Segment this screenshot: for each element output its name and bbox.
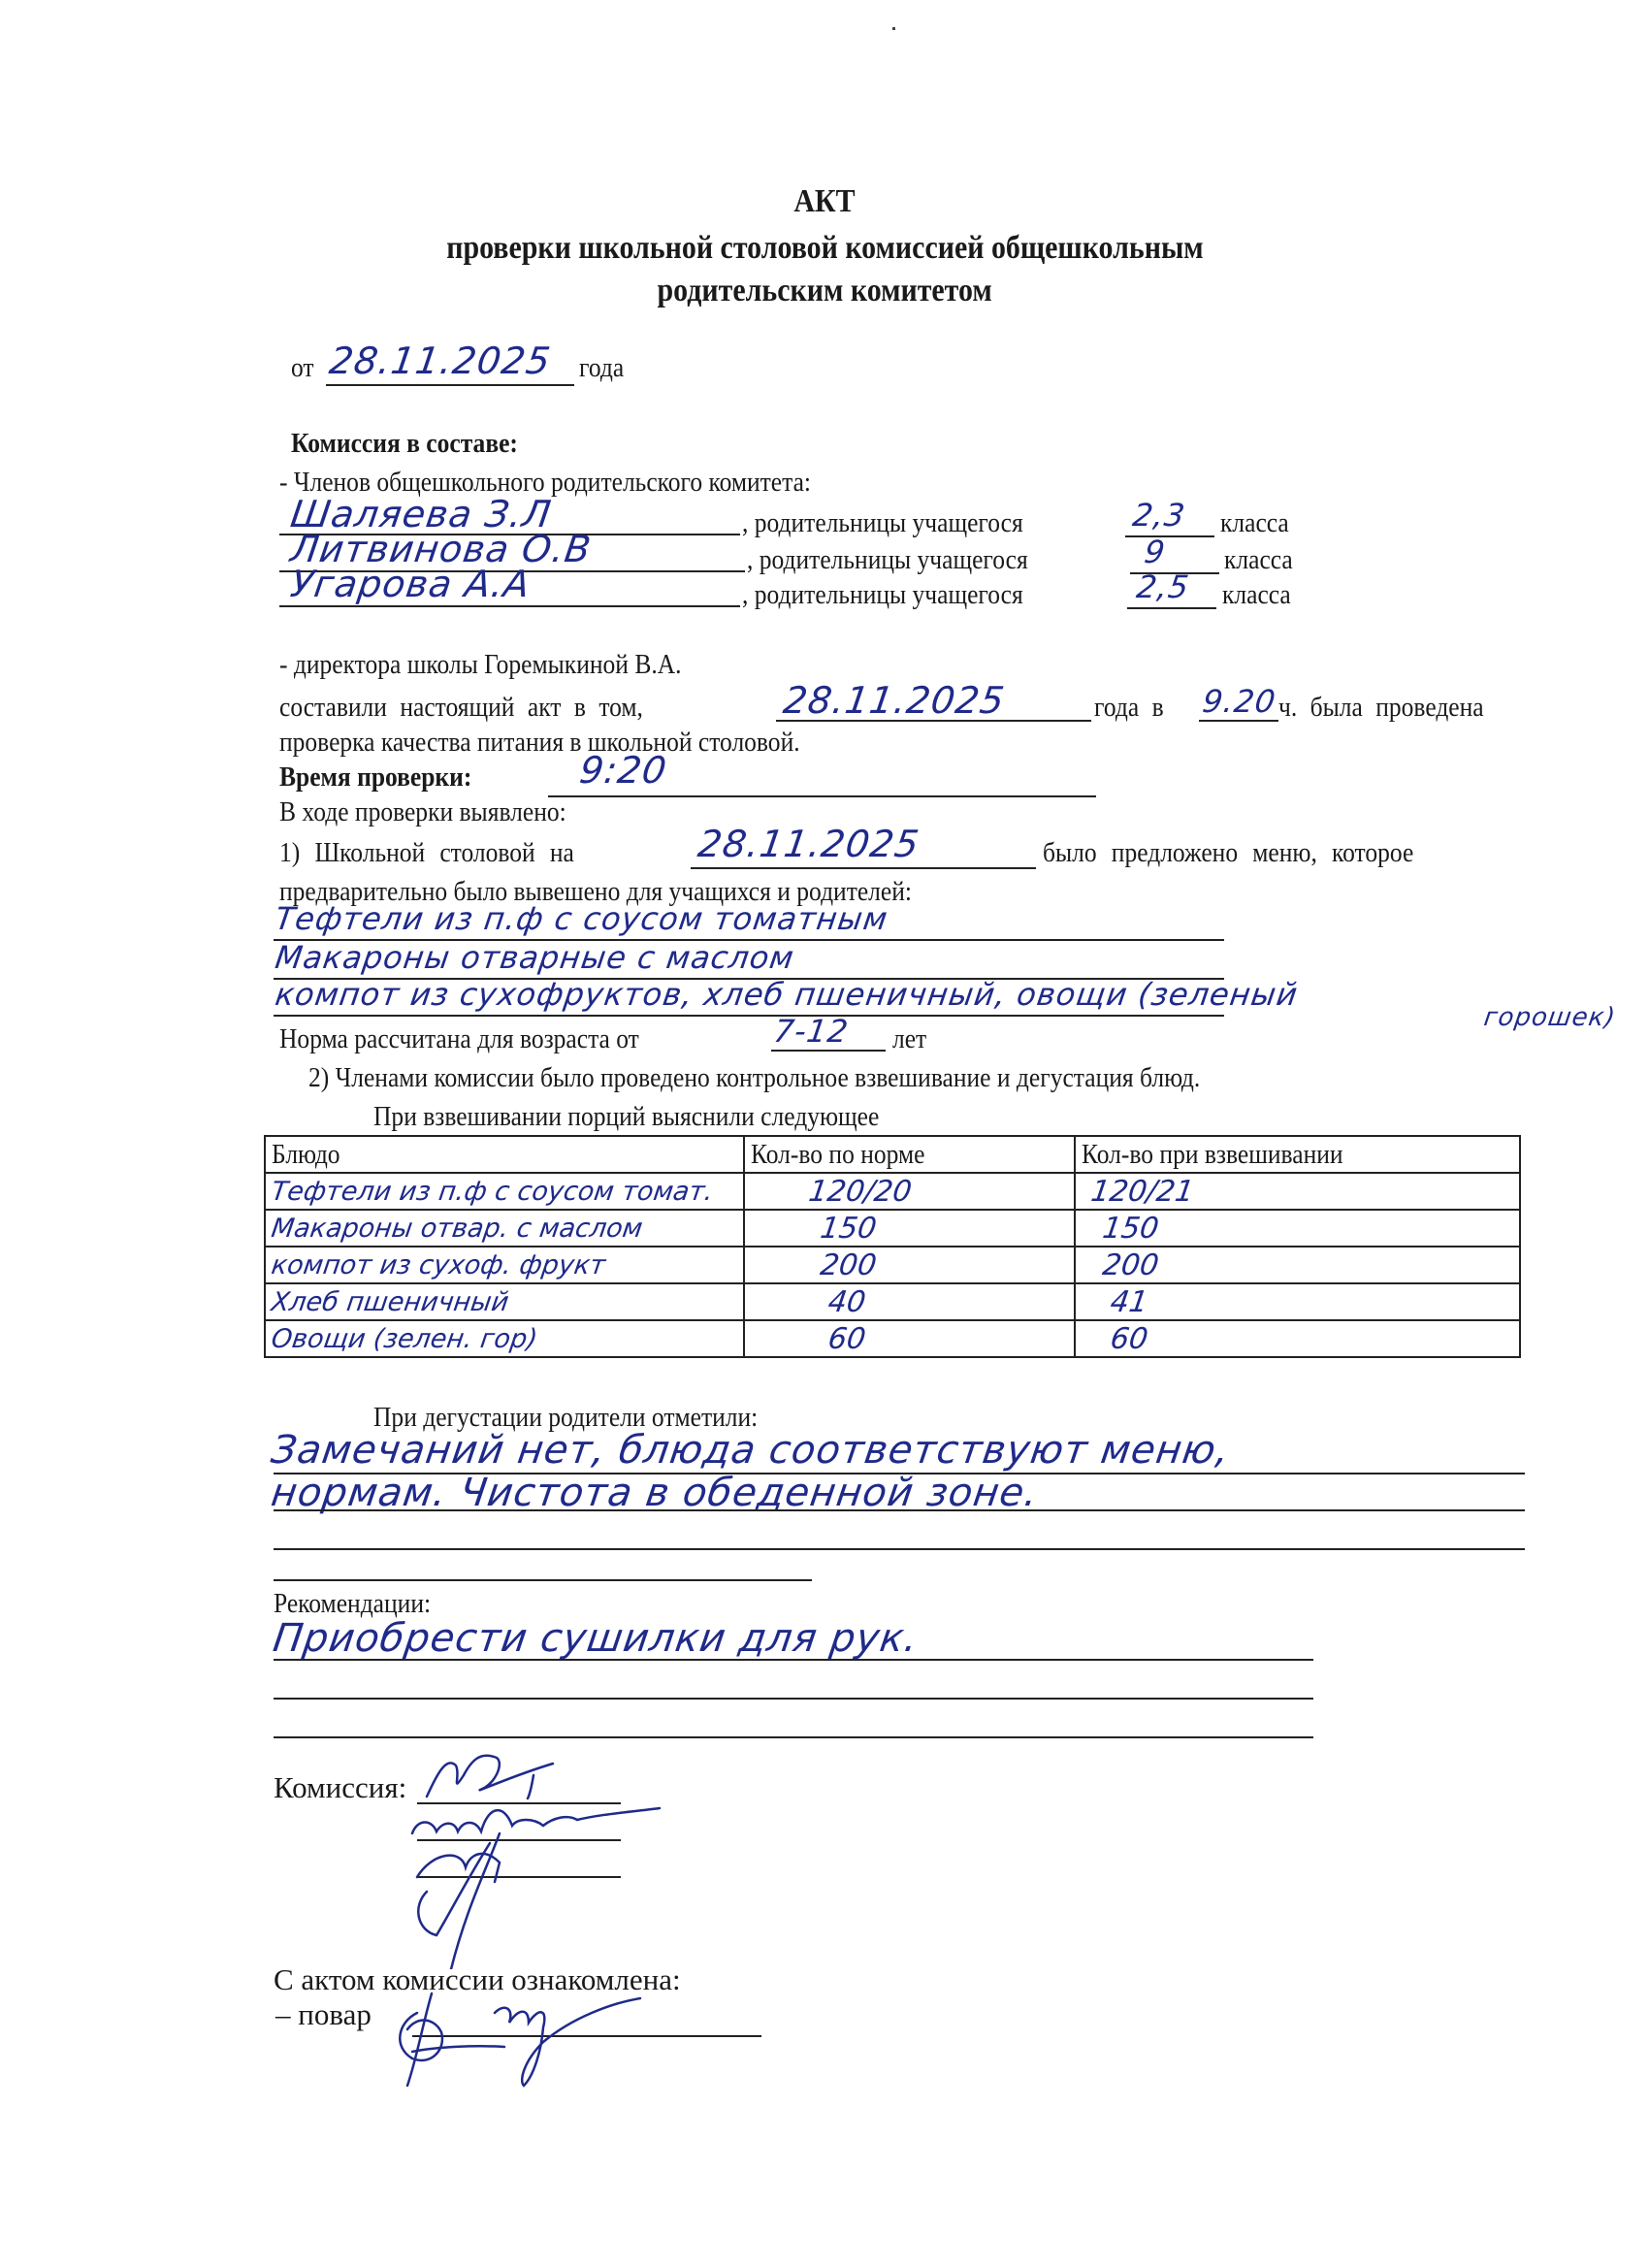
commission-heading: Комиссия в составе: [291,427,518,460]
statement-part1: составили настоящий акт в том, [279,691,643,724]
findings-item1-suffix: было предложено меню, которое [1043,836,1413,869]
statement-time-field[interactable]: 9.20 [1200,683,1278,720]
age-underline [771,1050,886,1052]
tasting-underline [274,1579,812,1581]
statement-part3: ч. была проведена [1278,691,1484,724]
dish-cell[interactable]: Хлеб пшеничный [265,1283,744,1320]
class-label: класса [1220,506,1289,539]
dish-cell[interactable]: Макароны отвар. с маслом [265,1210,744,1247]
column-header-norm: Кол-во по норме [744,1136,1074,1173]
table-row: Макароны отвар. с маслом 150 150 [265,1210,1520,1247]
class-label: класса [1224,543,1293,576]
statement-date-field[interactable]: 28.11.2025 [781,679,1008,722]
tasting-underline [274,1548,1525,1550]
norm-cell[interactable]: 200 [744,1247,1074,1283]
member-name-underline [279,605,740,607]
member-role: , родительницы учащегося [747,543,1028,576]
tasting-underline [274,1509,1525,1511]
menu-line-overflow: горошек) [1482,1003,1618,1032]
tasting-note-line[interactable]: Замечаний нет, блюда соответствуют меню, [269,1428,1233,1473]
commission-signature-label: Комиссия: [274,1771,406,1804]
norm-cell[interactable]: 60 [744,1320,1074,1357]
recommendations-label: Рекомендации: [274,1587,431,1620]
statement-line2: проверка качества питания в школьной сто… [279,726,800,759]
norm-cell[interactable]: 150 [744,1210,1074,1247]
member-role: , родительницы учащегося [742,506,1023,539]
menu-date-underline [691,867,1036,869]
cook-label: – повар [275,1998,372,2031]
norm-cell[interactable]: 40 [744,1283,1074,1320]
dish-cell[interactable]: Овощи (зелен. гор) [265,1320,744,1357]
member-class-underline [1127,607,1216,609]
act-date-field[interactable]: 28.11.2025 [327,340,554,382]
member-role: , родительницы учащегося [742,578,1023,611]
table-row: компот из сухоф. фрукт 200 200 [265,1247,1520,1283]
age-label: Норма рассчитана для возраста от [279,1022,639,1055]
document-subtitle-line2: родительским комитетом [0,272,1649,310]
statement-part2: года в [1094,691,1164,724]
table-row: Тефтели из п.ф с соусом томат. 120/20 12… [265,1173,1520,1210]
inspection-time-underline [548,795,1096,797]
findings-intro: В ходе проверки выявлено: [279,795,566,828]
weighing-table: Блюдо Кол-во по норме Кол-во при взвешив… [264,1135,1521,1358]
table-row: Овощи (зелен. гор) 60 60 [265,1320,1520,1357]
actual-cell[interactable]: 120/21 [1075,1173,1520,1210]
weighing-intro: При взвешивании порций выяснили следующе… [373,1100,879,1133]
scan-mark [892,27,895,30]
menu-line[interactable]: компот из сухофруктов, хлеб пшеничный, о… [273,976,1300,1013]
table-row: Хлеб пшеничный 40 41 [265,1283,1520,1320]
actual-cell[interactable]: 60 [1075,1320,1520,1357]
menu-line-underline [274,1015,1224,1017]
date-suffix: года [579,351,624,384]
member-class-field[interactable]: 2,3 [1130,497,1187,534]
age-field[interactable]: 7-12 [771,1013,851,1050]
dish-cell[interactable]: компот из сухоф. фрукт [265,1247,744,1283]
member-class-field[interactable]: 9 [1142,534,1168,570]
statement-date-underline [776,720,1091,722]
menu-date-field[interactable]: 28.11.2025 [695,823,922,865]
director-line: - директора школы Горемыкиной В.А. [279,648,682,681]
menu-line[interactable]: Макароны отварные с маслом [273,939,796,976]
recommendation-underline [274,1659,1313,1661]
age-suffix: лет [892,1022,926,1055]
date-prefix: от [291,351,314,384]
findings-item1-prefix: 1) Школьной столовой на [279,836,574,869]
column-header-dish: Блюдо [265,1136,744,1173]
statement-time-underline [1199,720,1278,722]
member-class-underline [1125,535,1214,537]
document-subtitle-line1: проверки школьной столовой комиссией общ… [0,229,1649,268]
norm-cell[interactable]: 120/20 [744,1173,1074,1210]
class-label: класса [1222,578,1291,611]
member-class-field[interactable]: 2,5 [1134,568,1191,605]
inspection-time-field[interactable]: 9:20 [577,749,670,792]
cook-signature-icon [388,1969,737,2095]
recommendation-line[interactable]: Приобрести сушилки для рук. [271,1616,921,1661]
menu-line[interactable]: Тефтели из п.ф с соусом томатным [273,900,890,937]
column-header-actual: Кол-во при взвешивании [1075,1136,1520,1173]
table-header-row: Блюдо Кол-во по норме Кол-во при взвешив… [265,1136,1520,1173]
document-title: АКТ [0,182,1649,221]
member-name-field[interactable]: Угарова А.А [288,563,533,605]
date-underline [326,384,574,386]
actual-cell[interactable]: 150 [1075,1210,1520,1247]
actual-cell[interactable]: 200 [1075,1247,1520,1283]
dish-cell[interactable]: Тефтели из п.ф с соусом томат. [265,1173,744,1210]
recommendation-underline [274,1698,1313,1700]
inspection-time-label: Время проверки: [279,761,471,794]
actual-cell[interactable]: 41 [1075,1283,1520,1320]
findings-item2: 2) Членами комиссии было проведено контр… [308,1061,1200,1094]
commission-signatures-icon [407,1736,727,1969]
